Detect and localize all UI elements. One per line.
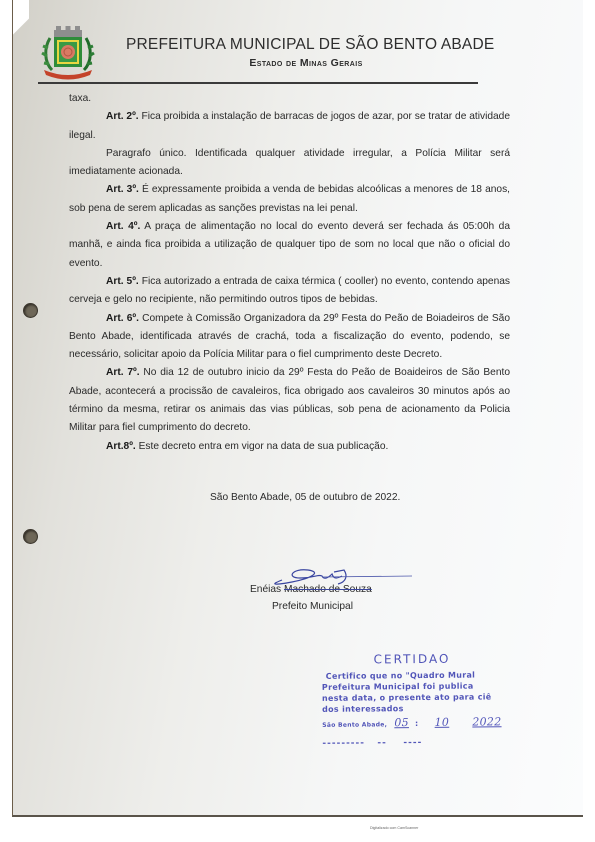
page-subtitle: Estado de Minas Gerais: [126, 57, 486, 69]
decree-body: taxa. Art. 2º. Fica proibida a instalaçã…: [69, 90, 510, 456]
header-divider: [38, 82, 478, 84]
stamp-signature-line: --------- -- ----: [322, 738, 422, 749]
article-text: Paragrafo único. Identificada qualquer a…: [69, 148, 510, 177]
signer-role: Prefeito Municipal: [272, 601, 353, 612]
article-label: Art. 6º.: [106, 313, 139, 324]
article-7: Art. 7º. No dia 12 de outubro inicio da …: [69, 364, 510, 437]
paragraph-unico: Paragrafo único. Identificada qualquer a…: [69, 145, 510, 182]
article-2: Art. 2º. Fica proibida a instalação de b…: [69, 108, 510, 145]
stamp-line: Prefeitura Municipal foi publica: [322, 682, 474, 692]
publication-stamp: CERTIDAO Certifico que no "Quadro Mural …: [322, 649, 523, 751]
article-label: Art. 2º.: [106, 111, 139, 122]
stamp-date-line: São Bento Abade, 05 : 10 2022: [322, 715, 501, 730]
article-text: Este decreto entra em vigor na data de s…: [136, 441, 389, 452]
article-5: Art. 5º. Fica autorizado a entrada de ca…: [69, 273, 510, 310]
article-label: Art. 7º.: [106, 367, 140, 378]
article-label: Art. 5º.: [106, 276, 139, 287]
article-3: Art. 3º. É expressamente proibida a vend…: [69, 181, 510, 218]
article-8: Art.8º. Este decreto entra em vigor na d…: [69, 438, 510, 456]
punch-hole-icon: [23, 303, 38, 318]
dateline: São Bento Abade, 05 de outubro de 2022.: [210, 492, 400, 503]
signer-name: Enéias Machado de Souza: [250, 584, 372, 595]
municipal-coat-of-arms-icon: [38, 26, 98, 80]
punch-hole-icon: [23, 529, 38, 544]
letterhead: PREFEITURA MUNICIPAL DE SÃO BENTO ABADE …: [38, 26, 488, 84]
page-title: PREFEITURA MUNICIPAL DE SÃO BENTO ABADE: [126, 36, 486, 54]
scanner-watermark: Digitalizado com CamScanner: [370, 826, 418, 830]
stamp-title: CERTIDAO: [374, 652, 451, 667]
article-label: Art.8º.: [106, 441, 136, 452]
article-4: Art. 4º. A praça de alimentação no local…: [69, 218, 510, 273]
stamp-line: nesta data, o presente ato para ciê: [322, 692, 492, 702]
carryover-text: taxa.: [69, 90, 510, 108]
folded-corner: [13, 0, 29, 60]
article-label: Art. 3º.: [106, 184, 139, 195]
stamp-line: Certifico que no "Quadro Mural: [326, 671, 475, 681]
article-6: Art. 6º. Compete à Comissão Organizadora…: [69, 310, 510, 365]
article-label: Art. 4º.: [106, 221, 140, 232]
stamp-line: dos interessados: [322, 704, 404, 714]
